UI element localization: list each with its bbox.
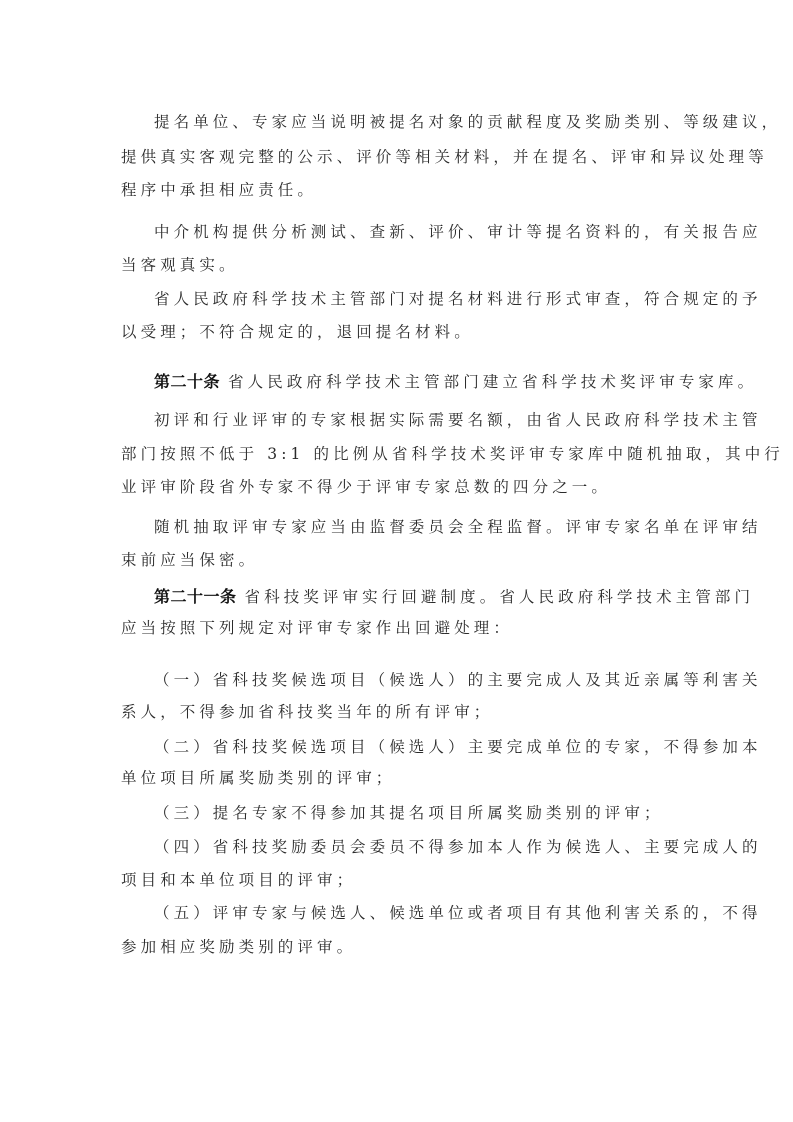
item-5-line-2: 参加相应奖励类别的评审。: [121, 937, 356, 957]
paragraph-5-line-1: 初评和行业评审的专家根据实际需要名额，由省人民政府科学技术主管: [154, 410, 762, 430]
paragraph-6-line-2: 束前应当保密。: [121, 550, 258, 570]
paragraph-2-line-1: 中介机构提供分析测试、查新、评价、审计等提名资料的，有关报告应: [154, 222, 762, 242]
paragraph-6-line-1: 随机抽取评审专家应当由监督委员会全程监督。评审专家名单在评审结: [154, 517, 762, 537]
item-2-line-1: （二）省科技奖候选项目（候选人）主要完成单位的专家，不得参加本: [154, 737, 762, 757]
item-5-line-1: （五）评审专家与候选人、候选单位或者项目有其他利害关系的，不得: [154, 903, 762, 923]
paragraph-3-line-2: 以受理；不符合规定的，退回提名材料。: [121, 322, 474, 342]
paragraph-1-line-3: 程序中承担相应责任。: [121, 180, 317, 200]
article-21-line-2: 应当按照下列规定对评审专家作出回避处理：: [121, 618, 513, 638]
item-4-line-2: 项目和本单位项目的评审；: [121, 870, 356, 890]
paragraph-1-line-2: 提供真实客观完整的公示、评价等相关材料，并在提名、评审和异议处理等: [121, 147, 768, 167]
paragraph-2-line-2: 当客观真实。: [121, 255, 239, 275]
item-3-line-1: （三）提名专家不得参加其提名项目所属奖励类别的评审；: [154, 803, 664, 823]
paragraph-3-line-1: 省人民政府科学技术主管部门对提名材料进行形式审查，符合规定的予: [154, 289, 762, 309]
article-21-line-1: 第二十一条省科技奖评审实行回避制度。省人民政府科学技术主管部门: [154, 587, 754, 607]
paragraph-1-line-1: 提名单位、专家应当说明被提名对象的贡献程度及奖励类别、等级建议，: [154, 112, 781, 132]
article-20-heading: 第二十条: [154, 372, 220, 391]
article-21-text: 省科技奖评审实行回避制度。省人民政府科学技术主管部门: [245, 588, 755, 606]
paragraph-5-line-2: 部门按照不低于 3:1 的比例从省科学技术奖评审专家库中随机抽取，其中行: [121, 444, 784, 464]
document-page: 提名单位、专家应当说明被提名对象的贡献程度及奖励类别、等级建议， 提供真实客观完…: [0, 0, 793, 1122]
item-4-line-1: （四）省科技奖励委员会委员不得参加本人作为候选人、主要完成人的: [154, 837, 762, 857]
item-1-line-1: （一）省科技奖候选项目（候选人）的主要完成人及其近亲属等利害关: [154, 670, 762, 690]
paragraph-5-line-3: 业评审阶段省外专家不得少于评审专家总数的四分之一。: [121, 477, 611, 497]
article-20-line-1: 第二十条省人民政府科学技术主管部门建立省科学技术奖评审专家库。: [154, 372, 757, 392]
article-21-heading: 第二十一条: [154, 587, 237, 606]
item-2-line-2: 单位项目所属奖励类别的评审；: [121, 768, 395, 788]
item-1-line-2: 系人，不得参加省科技奖当年的所有评审；: [121, 702, 493, 722]
article-20-text: 省人民政府科学技术主管部门建立省科学技术奖评审专家库。: [228, 373, 757, 391]
